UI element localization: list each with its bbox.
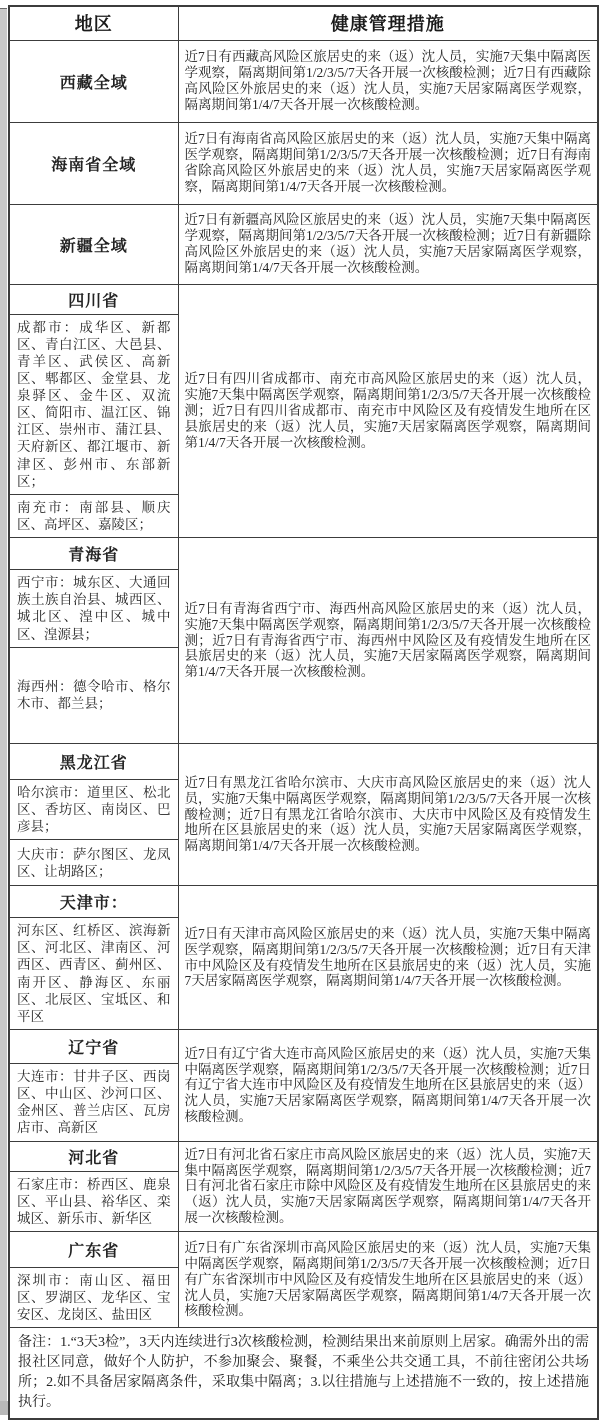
column-header-region: 地区 [9,6,178,40]
province-name-hebei: 河北省 [9,1141,178,1171]
district-list-shijiazhuang: 石家庄市：桥西区、鹿泉区、平山县、裕华区、栾城区、新乐市、新华区 [9,1171,178,1231]
district-list-chengdu: 成都市：成华区、新都区、青白江区、大邑县、青羊区、武侯区、高新区、郫都区、金堂县… [9,314,178,494]
table-row-liaoning-title: 辽宁省 近7日有辽宁省大连市高风险区旅居史的来（返）沈人员，实施7天集中隔离医学… [9,1030,598,1064]
table-row-xinjiang: 新疆全域 近7日有新疆高风险区旅居史的来（返）沈人员，实施7天集中隔离医学观察，… [9,204,598,284]
district-list-shenzhen: 深圳市：南山区、福田区、罗湖区、龙华区、宝安区、龙岗区、盐田区 [9,1268,178,1328]
district-list-tianjin: 河东区、红桥区、滨海新区、河北区、津南区、河西区、西青区、蓟州区、南开区、静海区… [9,918,178,1030]
table-row-xizang: 西藏全域 近7日有西藏高风险区旅居史的来（返）沈人员，实施7天集中隔离医学观察，… [9,40,598,122]
measures-xizang: 近7日有西藏高风险区旅居史的来（返）沈人员，实施7天集中隔离医学观察，隔离期间第… [178,40,598,122]
footnote-text: 备注：1.“3天3检”，3天内连续进行3次核酸检测，检测结果出来前原则上居家。确… [9,1328,598,1419]
measures-sichuan: 近7日有四川省成都市、南充市高风险区旅居史的来（返）沈人员，实施7天集中隔离医学… [178,284,598,538]
province-name-qinghai: 青海省 [9,538,178,570]
table-row-hebei-title: 河北省 近7日有河北省石家庄市高风险区旅居史的来（返）沈人员，实施7天集中隔离医… [9,1141,598,1171]
table-row-hainan: 海南省全域 近7日有海南省高风险区旅居史的来（返）沈人员，实施7天集中隔离医学观… [9,122,598,204]
region-name-hainan: 海南省全域 [9,122,178,204]
district-list-dalian: 大连市：甘井子区、西岗区、中山区、沙河口区、金州区、普兰店区、瓦房店市、高新区 [9,1064,178,1142]
province-name-heilongjiang: 黑龙江省 [9,743,178,779]
province-name-liaoning: 辽宁省 [9,1030,178,1064]
measures-heilongjiang: 近7日有黑龙江省哈尔滨市、大庆市高风险区旅居史的来（返）沈人员，实施7天集中隔离… [178,743,598,885]
district-list-haixi: 海西州：德令哈市、格尔木市、都兰县； [9,647,178,743]
measures-xinjiang: 近7日有新疆高风险区旅居史的来（返）沈人员，实施7天集中隔离医学观察，隔离期间第… [178,204,598,284]
health-measures-table: 地区 健康管理措施 西藏全域 近7日有西藏高风险区旅居史的来（返）沈人员，实施7… [8,5,599,1420]
table-row-tianjin-title: 天津市： 近7日有天津市高风险区旅居史的来（返）沈人员，实施7天集中隔离医学观察… [9,886,598,918]
measures-hainan: 近7日有海南省高风险区旅居史的来（返）沈人员，实施7天集中隔离医学观察，隔离期间… [178,122,598,204]
district-list-haerbin: 哈尔滨市：道里区、松北区、香坊区、南岗区、巴彦县； [9,779,178,839]
province-name-guangdong: 广东省 [9,1232,178,1268]
measures-tianjin: 近7日有天津市高风险区旅居史的来（返）沈人员，实施7天集中隔离医学观察，隔离期间… [178,886,598,1030]
measures-guangdong: 近7日有广东省深圳市高风险区旅居史的来（返）沈人员，实施7天集中隔离医学观察，隔… [178,1232,598,1328]
measures-hebei: 近7日有河北省石家庄市高风险区旅居史的来（返）沈人员，实施7天集中隔离医学观察，… [178,1141,598,1231]
table-row-guangdong-title: 广东省 近7日有广东省深圳市高风险区旅居史的来（返）沈人员，实施7天集中隔离医学… [9,1232,598,1268]
cutoff-left-column [0,8,7,1401]
province-name-tianjin: 天津市： [9,886,178,918]
region-name-xizang: 西藏全域 [9,40,178,122]
column-header-measures: 健康管理措施 [178,6,598,40]
measures-qinghai: 近7日有青海省西宁市、海西州高风险区旅居史的来（返）沈人员，实施7天集中隔离医学… [178,538,598,744]
district-list-daqing: 大庆市：萨尔图区、龙凤区、让胡路区； [9,840,178,886]
district-list-xining: 西宁市：城东区、大通回族土族自治县、城西区、城北区、湟中区、城中区、湟源县； [9,570,178,648]
district-list-nanchong: 南充市：南部县、顺庆区、高坪区、嘉陵区； [9,494,178,537]
table-row-sichuan-title: 四川省 近7日有四川省成都市、南充市高风险区旅居史的来（返）沈人员，实施7天集中… [9,284,598,314]
header-row: 地区 健康管理措施 [9,6,598,40]
table-row-qinghai-title: 青海省 近7日有青海省西宁市、海西州高风险区旅居史的来（返）沈人员，实施7天集中… [9,538,598,570]
table-row-note: 备注：1.“3天3检”，3天内连续进行3次核酸检测，检测结果出来前原则上居家。确… [9,1328,598,1419]
table-row-heilongjiang-title: 黑龙江省 近7日有黑龙江省哈尔滨市、大庆市高风险区旅居史的来（返）沈人员，实施7… [9,743,598,779]
province-name-sichuan: 四川省 [9,284,178,314]
region-name-xinjiang: 新疆全域 [9,204,178,284]
measures-liaoning: 近7日有辽宁省大连市高风险区旅居史的来（返）沈人员，实施7天集中隔离医学观察，隔… [178,1030,598,1142]
